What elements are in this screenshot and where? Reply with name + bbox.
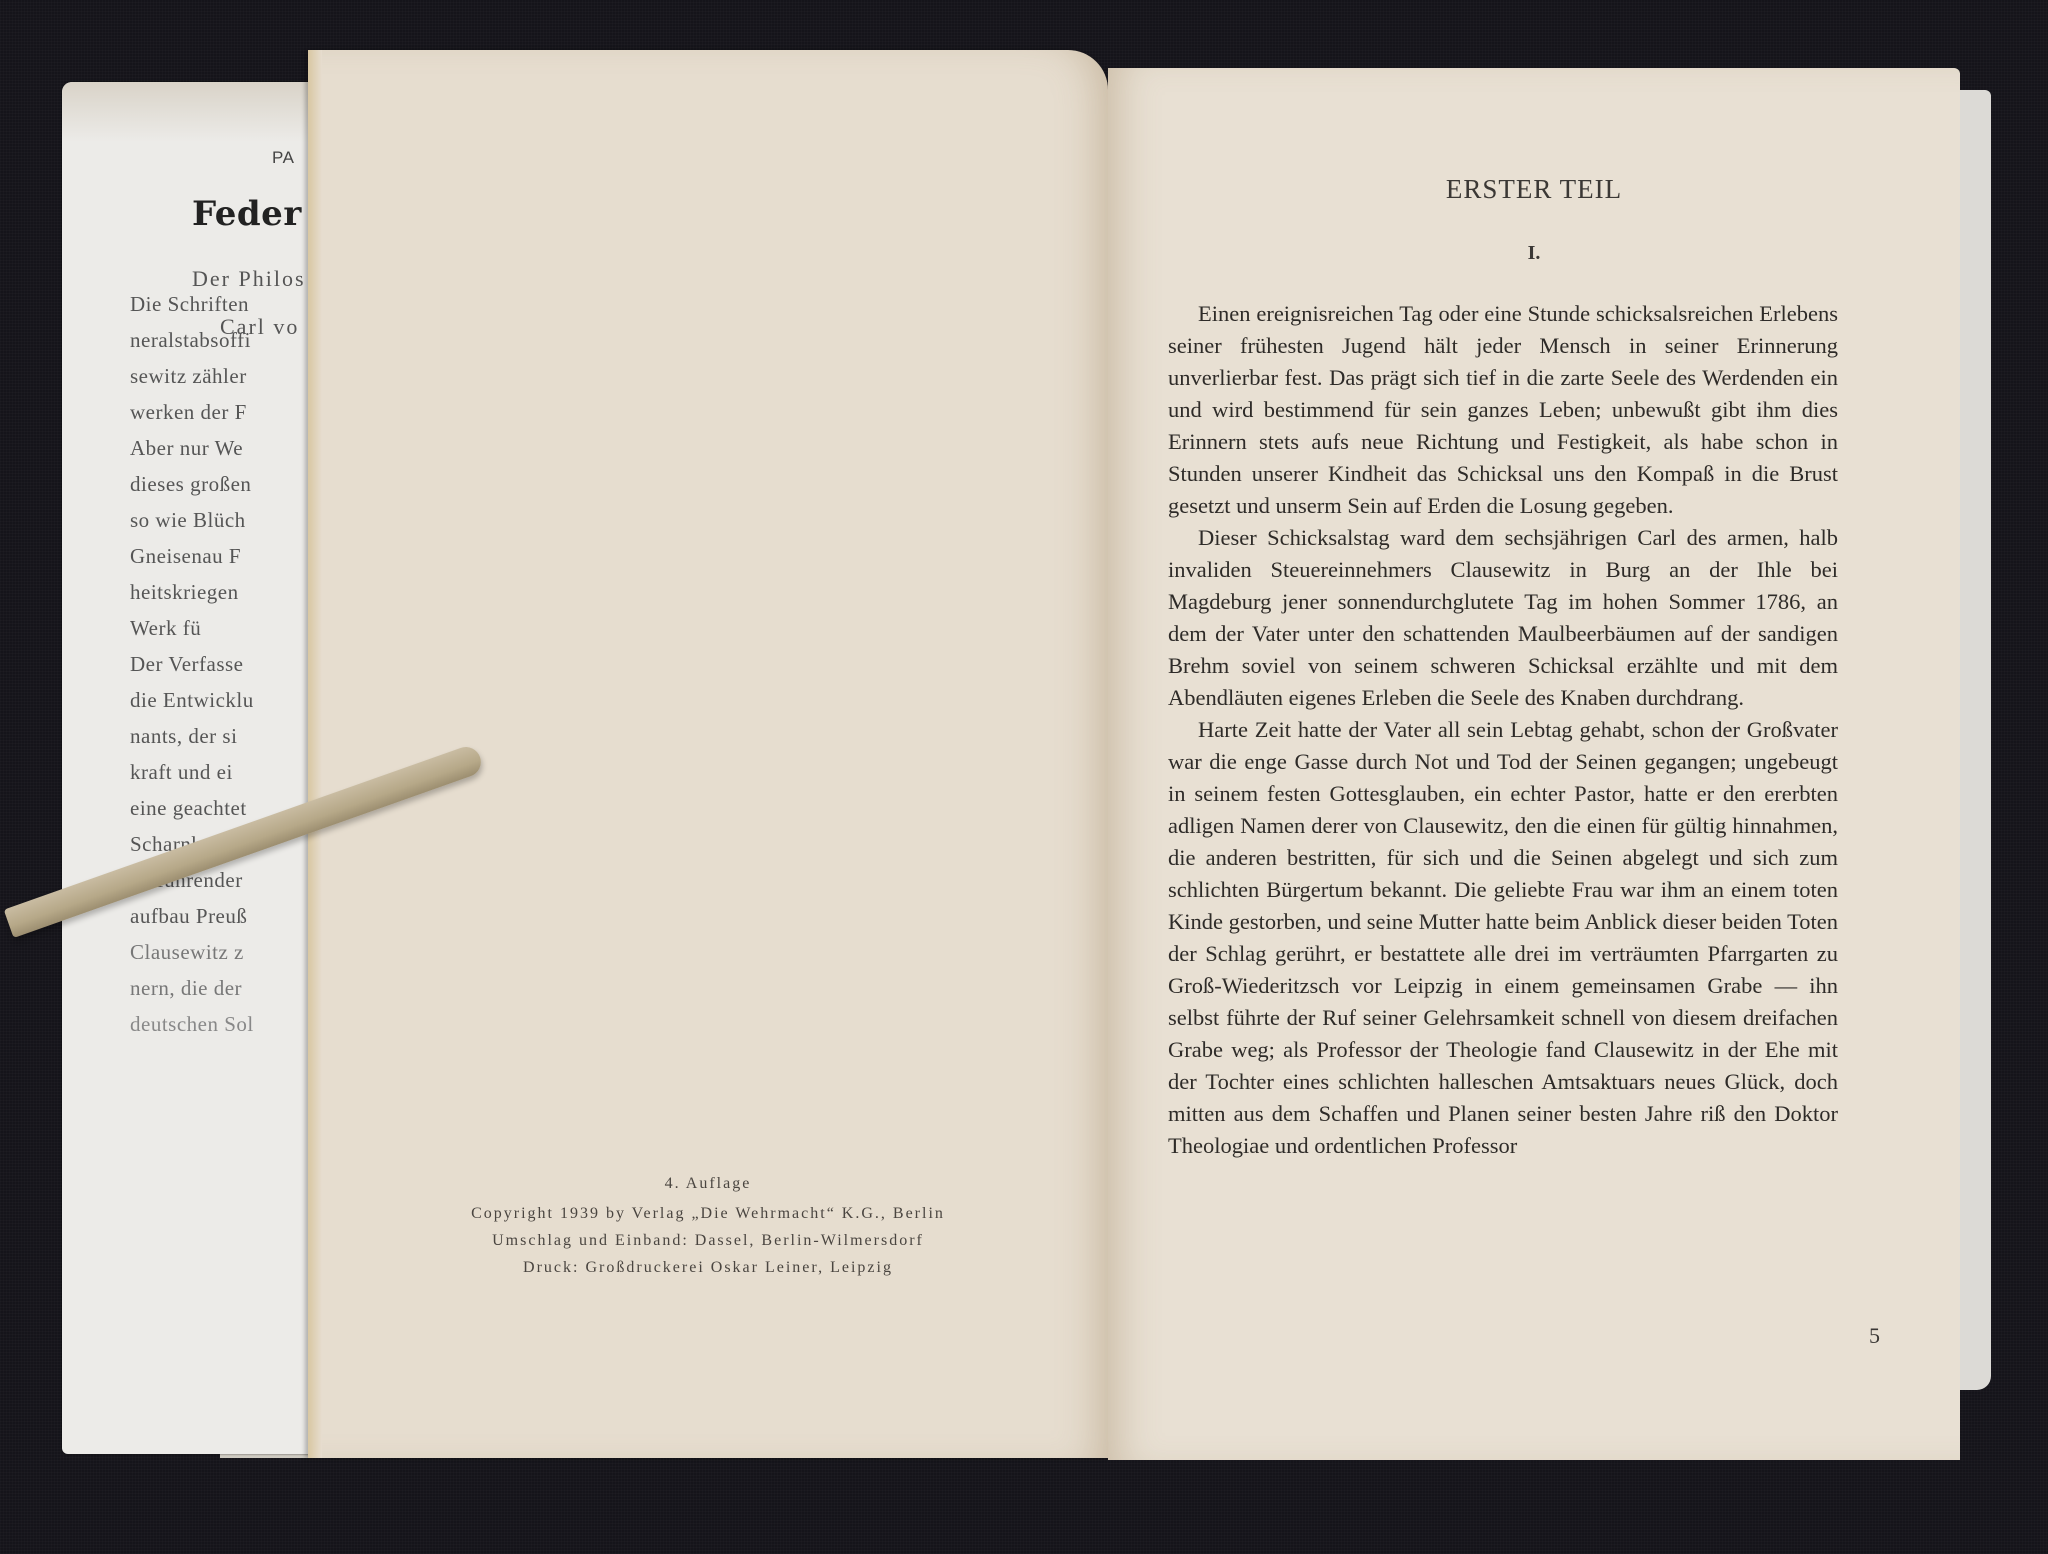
copyright-line: Copyright 1939 by Verlag „Die Wehrmacht“… bbox=[308, 1205, 1108, 1223]
jacket-blurb-line: dieses großen bbox=[130, 472, 251, 497]
jacket-blurb-line: nern, die der bbox=[130, 976, 242, 1001]
jacket-blurb-line: Die Schriften bbox=[130, 292, 249, 317]
jacket-blurb-line: werken der F bbox=[130, 400, 247, 425]
part-heading: ERSTER TEIL bbox=[1108, 174, 1960, 205]
paragraph: Dieser Schicksalstag ward dem sechsjähri… bbox=[1168, 522, 1838, 714]
jacket-blurb-line: nants, der si bbox=[130, 724, 237, 749]
edition-label: 4. Auflage bbox=[308, 1175, 1108, 1193]
jacket-blurb-line: neralstabsoffi bbox=[130, 328, 251, 353]
body-text: Einen ereignisreichen Tag oder eine Stun… bbox=[1168, 298, 1838, 1162]
jacket-blurb-line: sewitz zähler bbox=[130, 364, 247, 389]
jacket-blurb-line: die Entwicklu bbox=[130, 688, 254, 713]
paragraph: Einen ereignisreichen Tag oder eine Stun… bbox=[1168, 298, 1838, 522]
jacket-blurb-line: Clausewitz z bbox=[130, 940, 244, 965]
cover-credit-line: Umschlag und Einband: Dassel, Berlin-Wil… bbox=[308, 1232, 1108, 1250]
jacket-blurb-line: so wie Blüch bbox=[130, 508, 246, 533]
right-page: ERSTER TEIL I. Einen ereignisreichen Tag… bbox=[1108, 68, 1960, 1460]
jacket-blurb-line: Aber nur We bbox=[130, 436, 243, 461]
left-page: 4. Auflage Copyright 1939 by Verlag „Die… bbox=[308, 50, 1108, 1458]
chapter-number: I. bbox=[1108, 242, 1960, 265]
jacket-blurb-line: aufbau Preuß bbox=[130, 904, 247, 929]
jacket-blurb-line: Der Verfasse bbox=[130, 652, 243, 677]
jacket-author: PA bbox=[272, 148, 294, 168]
jacket-blurb-line: kraft und ei bbox=[130, 760, 233, 785]
jacket-blurb-line: deutschen Sol bbox=[130, 1012, 254, 1037]
jacket-blurb-line: Gneisenau F bbox=[130, 544, 241, 569]
book-fore-edge bbox=[1955, 90, 1991, 1390]
jacket-blurb-line: eine geachtet bbox=[130, 796, 247, 821]
jacket-subtitle-line: Der Philos bbox=[192, 266, 306, 292]
paragraph: Harte Zeit hatte der Vater all sein Lebt… bbox=[1168, 714, 1838, 1162]
imprint-block: 4. Auflage Copyright 1939 by Verlag „Die… bbox=[308, 1175, 1108, 1286]
jacket-blurb-line: heitskriegen bbox=[130, 580, 239, 605]
printer-line: Druck: Großdruckerei Oskar Leiner, Leipz… bbox=[308, 1259, 1108, 1277]
jacket-blurb-line: Werk fü bbox=[130, 616, 201, 641]
page-number: 5 bbox=[1869, 1323, 1880, 1349]
